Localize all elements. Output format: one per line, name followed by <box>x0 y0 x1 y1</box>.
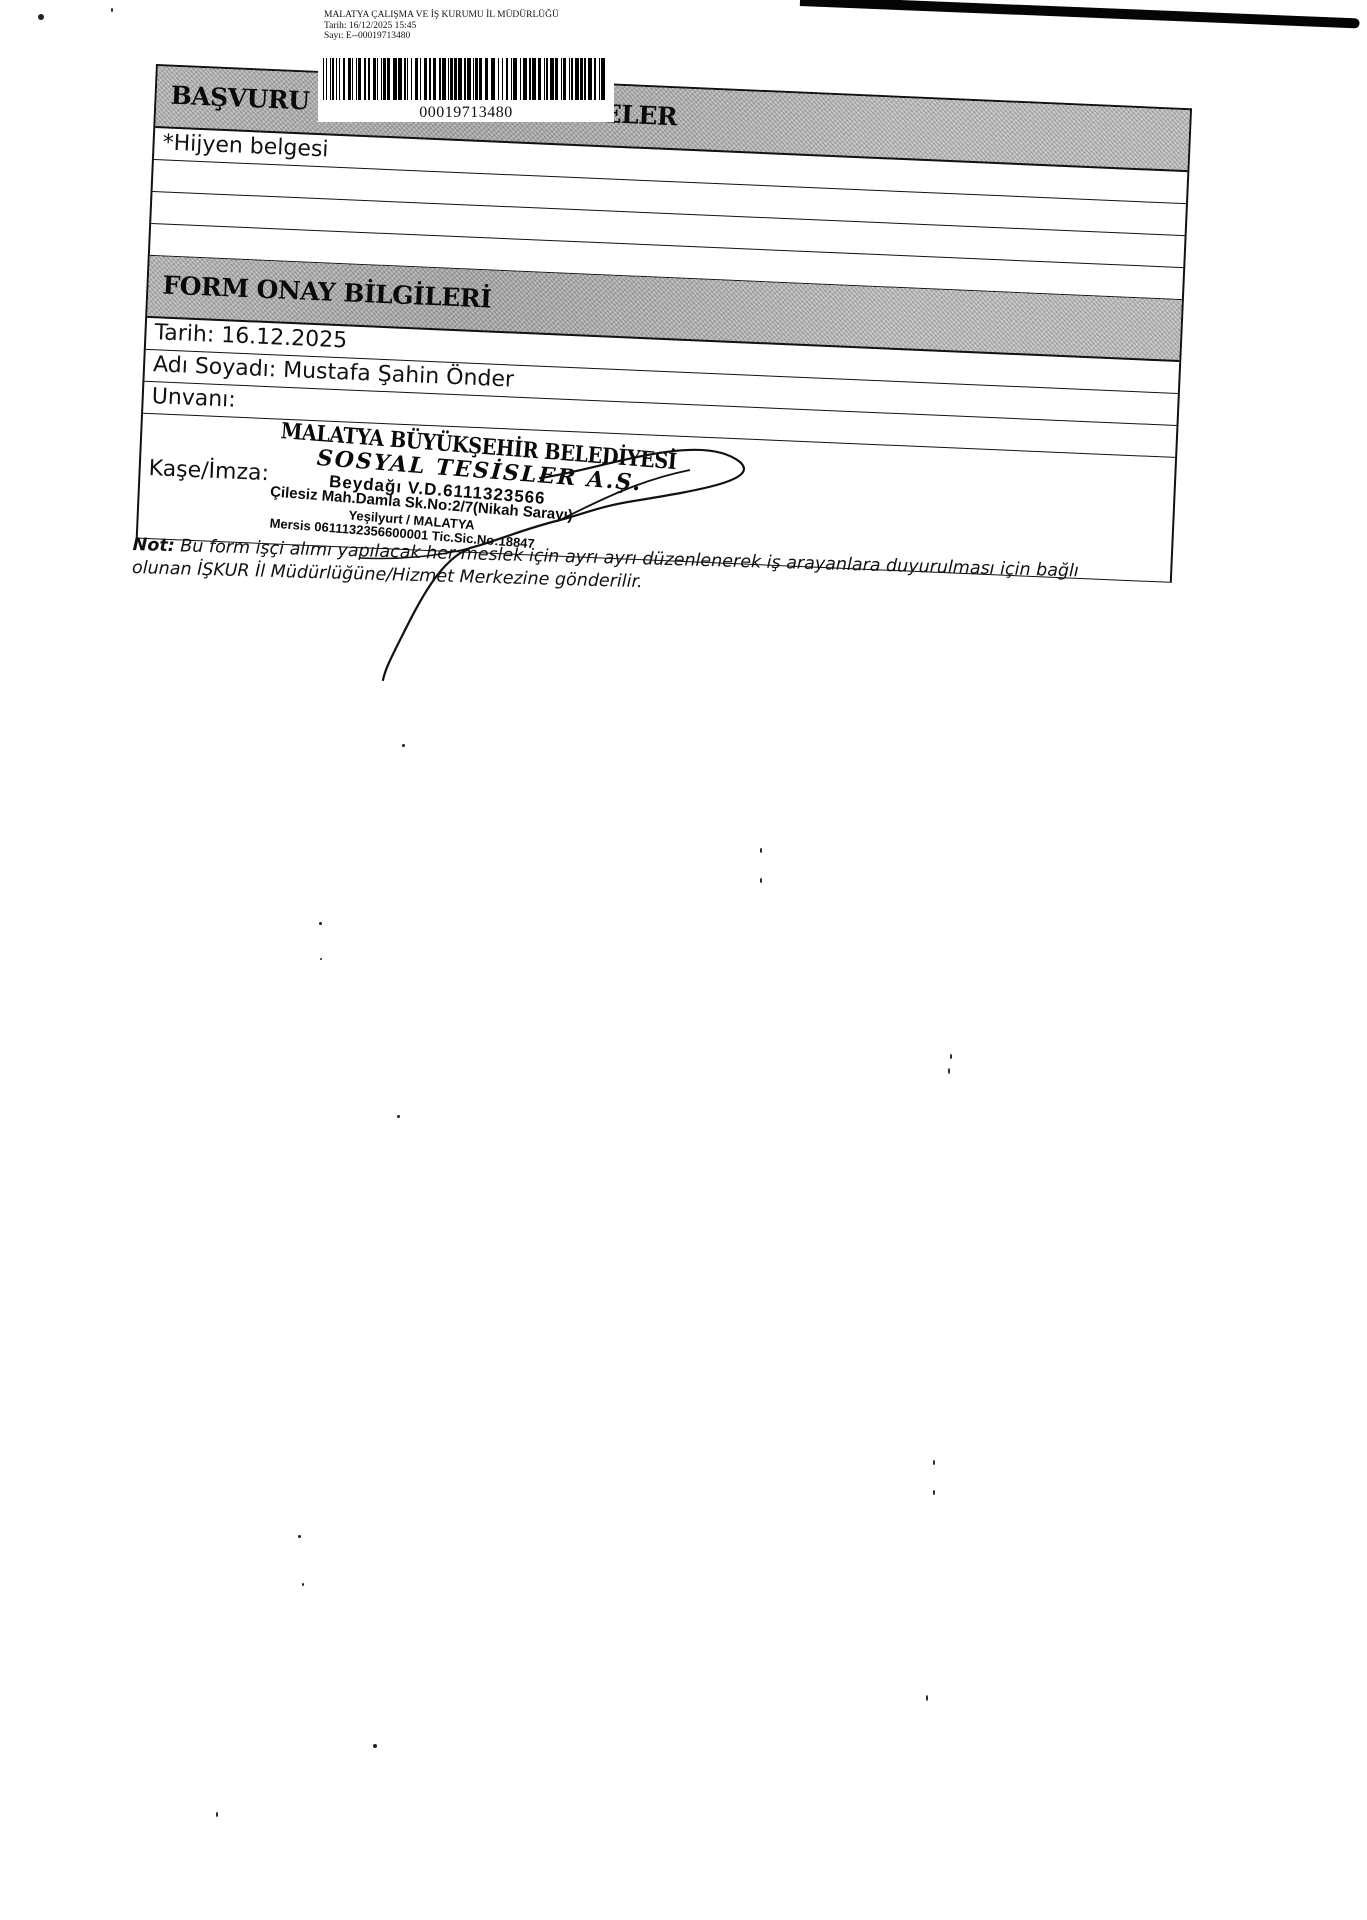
stamp-signature-label: Kaşe/İmza: <box>148 456 269 486</box>
scan-speck <box>950 1054 952 1059</box>
note-label: Not: <box>132 535 175 556</box>
scan-speck <box>933 1460 935 1465</box>
scan-speck <box>402 744 405 747</box>
sticker-meta: MALATYA ÇALIŞMA VE İŞ KURUMU İL MÜDÜRLÜĞ… <box>324 10 559 42</box>
application-form: BAŞVURU İÇİN GEREKLİ BELGELER *Hijyen be… <box>136 64 1192 583</box>
scan-speck <box>373 1744 377 1748</box>
scan-speck <box>926 1695 928 1701</box>
sticker-institution: MALATYA ÇALIŞMA VE İŞ KURUMU İL MÜDÜRLÜĞ… <box>324 10 559 21</box>
scan-streak <box>800 0 1360 28</box>
barcode-sticker: MALATYA ÇALIŞMA VE İŞ KURUMU İL MÜDÜRLÜĞ… <box>318 6 614 122</box>
scan-speck <box>933 1490 935 1495</box>
section-title: FORM ONAY BİLGİLERİ <box>162 270 492 313</box>
scan-speck <box>320 958 322 960</box>
barcode-icon <box>323 58 609 100</box>
scan-speck <box>302 1583 304 1586</box>
barcode-number: 00019713480 <box>318 104 614 122</box>
scan-speck <box>760 848 762 853</box>
scan-speck <box>397 1115 400 1118</box>
date-label: Tarih: 16.12.2025 <box>154 320 348 353</box>
scan-speck <box>298 1535 301 1538</box>
scan-speck <box>319 922 322 925</box>
scan-speck <box>948 1068 950 1074</box>
sticker-date: Tarih: 16/12/2025 15:45 <box>324 21 559 32</box>
sticker-number: Sayı: E--00019713480 <box>324 31 559 42</box>
scan-speck <box>111 8 113 12</box>
scan-speck <box>760 878 762 883</box>
scan-speck <box>38 14 44 20</box>
title-label: Unvanı: <box>151 384 236 413</box>
document-label: *Hijyen belgesi <box>162 130 329 162</box>
scan-speck <box>216 1812 218 1817</box>
